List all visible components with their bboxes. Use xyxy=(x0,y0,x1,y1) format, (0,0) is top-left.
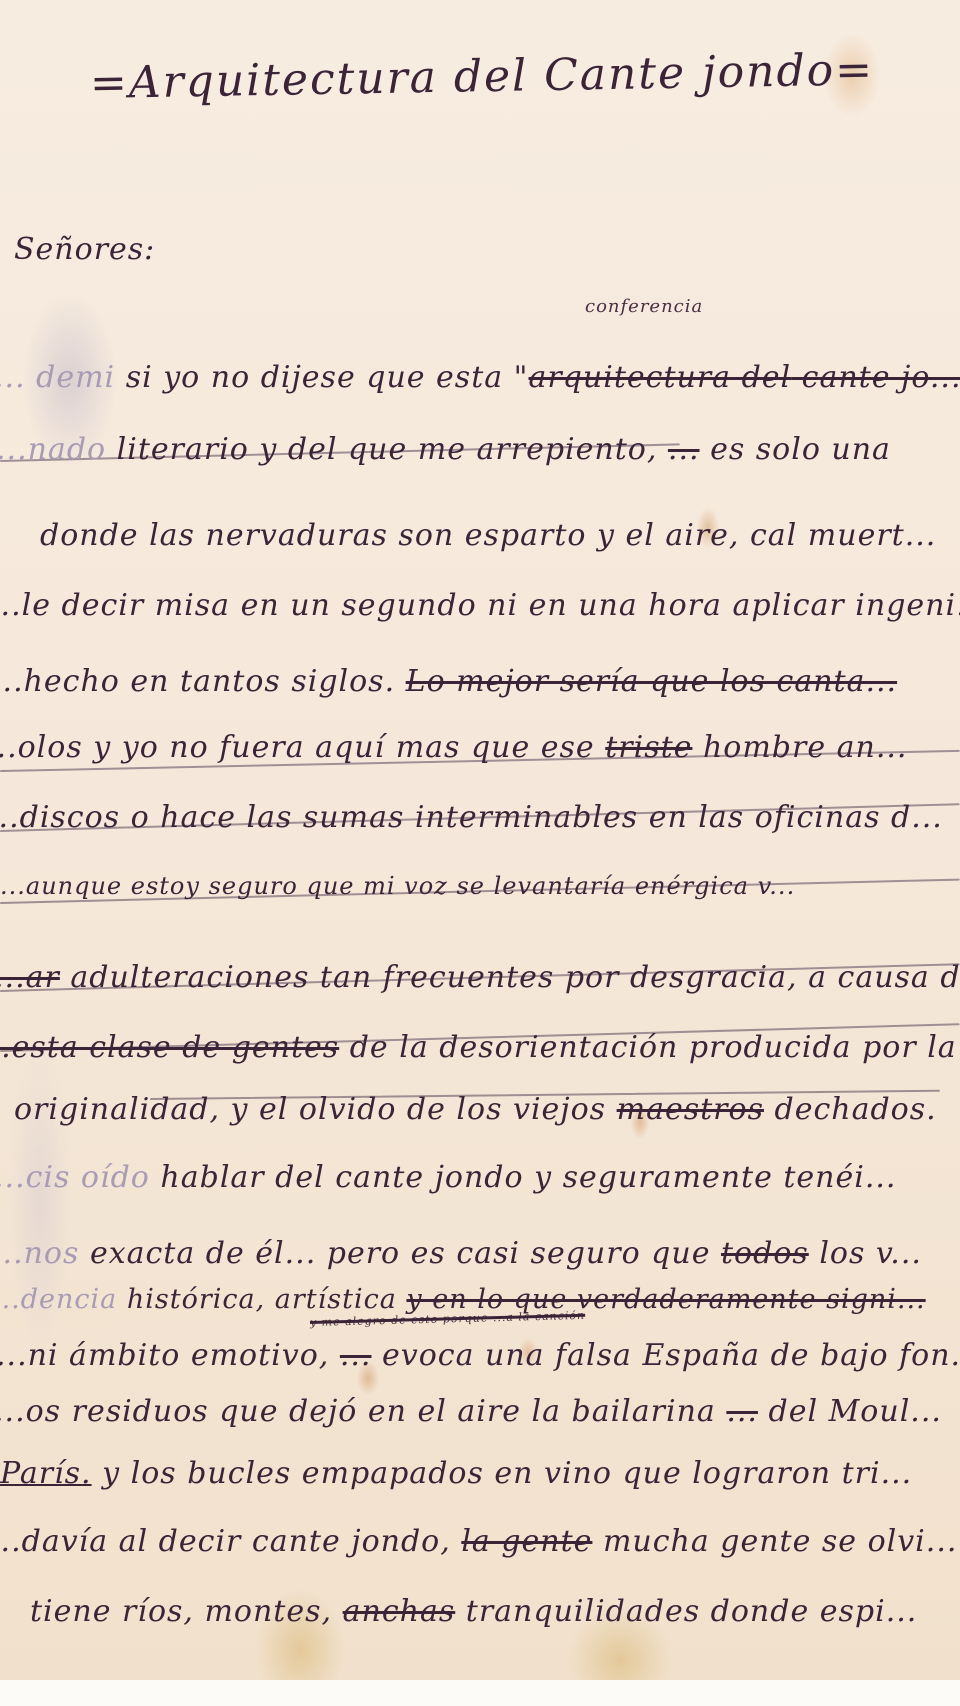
line-text: y los bucles empapados en vino que logra… xyxy=(92,1456,913,1491)
line-text-after: hombre an... xyxy=(692,730,907,765)
manuscript-line: ...cis oído hablar del cante jondo y seg… xyxy=(0,1160,896,1195)
faint-text: ... demi xyxy=(0,360,115,395)
line-text: ...discos o hace las sumas interminables… xyxy=(0,800,943,835)
line-text: literario y del que me arrepiento xyxy=(117,432,647,467)
manuscript-line: ...ar adulteraciones tan frecuentes por … xyxy=(0,960,960,995)
line-text-after: del Moul... xyxy=(758,1394,942,1429)
line-text: si yo no dijese que esta " xyxy=(126,360,529,395)
struck-text: triste xyxy=(605,730,692,765)
line-text: ...aunque estoy seguro que mi voz se lev… xyxy=(0,872,795,900)
manuscript-line: París. y los bucles empapados en vino qu… xyxy=(0,1456,912,1491)
manuscript-line: ...dencia histórica, artística y en lo q… xyxy=(0,1284,926,1315)
insertion-above: conferencia xyxy=(585,296,703,317)
struck-text: Lo mejor sería que los canta... xyxy=(406,664,897,699)
line-text: de la desorientación producida por la xyxy=(339,1030,957,1065)
line-text: ...hecho en tantos siglos. xyxy=(0,664,395,699)
struck-text: anchas xyxy=(343,1594,456,1629)
struck-text: la gente xyxy=(461,1524,592,1559)
line-text-after: dechados. xyxy=(764,1092,937,1127)
manuscript-line: ...nos exacta de él... pero es casi segu… xyxy=(0,1236,922,1271)
salutation: Señores: xyxy=(14,232,155,267)
struck-text: ... xyxy=(340,1338,372,1373)
scan-bottom-edge xyxy=(0,1680,960,1706)
line-text: exacta de él... pero es casi seguro que xyxy=(90,1236,711,1271)
line-text: ...ni ámbito emotivo, xyxy=(0,1338,329,1373)
manuscript-line: ...os residuos que dejó en el aire la ba… xyxy=(0,1394,942,1429)
manuscript-line: ...davía al decir cante jondo, la gente … xyxy=(0,1524,957,1559)
line-text: ...davía al decir cante jondo, xyxy=(0,1524,451,1559)
line-text-after: mucha gente se olvi... xyxy=(592,1524,957,1559)
line-text: tiene ríos, montes, xyxy=(30,1594,332,1629)
line-text: donde las nervaduras son esparto y el ai… xyxy=(40,518,936,553)
line-text: hablar del cante jondo y seguramente ten… xyxy=(160,1160,896,1195)
manuscript-line: ...hecho en tantos siglos. Lo mejor serí… xyxy=(0,664,897,699)
line-text: adulteraciones tan frecuentes por desgra… xyxy=(60,960,960,995)
line-text: ...os residuos que dejó en el aire la ba… xyxy=(0,1394,716,1429)
manuscript-line: originalidad, y el olvido de los viejos … xyxy=(14,1092,937,1127)
manuscript-line: ...esta clase de gentes de la desorienta… xyxy=(0,1030,957,1065)
faint-text: ...nado xyxy=(0,432,106,467)
line-text: ...le decir misa en un segundo ni en una… xyxy=(0,588,960,623)
struck-text: cante jo... xyxy=(791,360,960,395)
struck-text: ... xyxy=(726,1394,758,1429)
manuscript-line: donde las nervaduras son esparto y el ai… xyxy=(40,518,936,553)
faint-text: ...dencia xyxy=(0,1284,117,1315)
manuscript-title: =Arquitectura del Cante jondo= xyxy=(90,44,875,109)
manuscript-line: tiene ríos, montes, anchas tranquilidade… xyxy=(30,1594,917,1629)
struck-text: arquitectura del xyxy=(528,360,791,395)
line-text-after: tranquilidades donde espi... xyxy=(455,1594,917,1629)
manuscript-line: ...le decir misa en un segundo ni en una… xyxy=(0,588,960,623)
line-text-after: los v... xyxy=(809,1236,922,1271)
line-text: originalidad, y el olvido de los viejos xyxy=(14,1092,606,1127)
struck-text: todos xyxy=(721,1236,809,1271)
struck-text: maestros xyxy=(617,1092,764,1127)
manuscript-line: ...discos o hace las sumas interminables… xyxy=(0,800,943,835)
struck-text: ... xyxy=(668,432,700,467)
manuscript-line: ... demi si yo no dijese que esta "arqui… xyxy=(0,360,960,395)
manuscript-line: ...nado literario y del que me arrepient… xyxy=(0,432,891,467)
line-text-after: es solo una xyxy=(710,432,891,467)
manuscript-line: ...ni ámbito emotivo, ... evoca una fals… xyxy=(0,1338,960,1373)
line-text: histórica, artística xyxy=(127,1284,397,1315)
struck-text: París. xyxy=(0,1456,92,1491)
struck-text: y en lo que verdaderamente signi... xyxy=(406,1284,925,1315)
line-text: ...olos y yo no fuera aquí mas que ese xyxy=(0,730,595,765)
faint-text: ...cis oído xyxy=(0,1160,150,1195)
manuscript-page: =Arquitectura del Cante jondo= Señores: … xyxy=(0,0,960,1680)
line-text-after: evoca una falsa España de bajo fon... xyxy=(371,1338,960,1373)
manuscript-line: ...aunque estoy seguro que mi voz se lev… xyxy=(0,872,795,900)
struck-text: ...esta clase de gentes xyxy=(0,1030,339,1065)
manuscript-line: ...olos y yo no fuera aquí mas que ese t… xyxy=(0,730,907,765)
faint-text: ...nos xyxy=(0,1236,79,1271)
struck-text: ...ar xyxy=(0,960,60,995)
